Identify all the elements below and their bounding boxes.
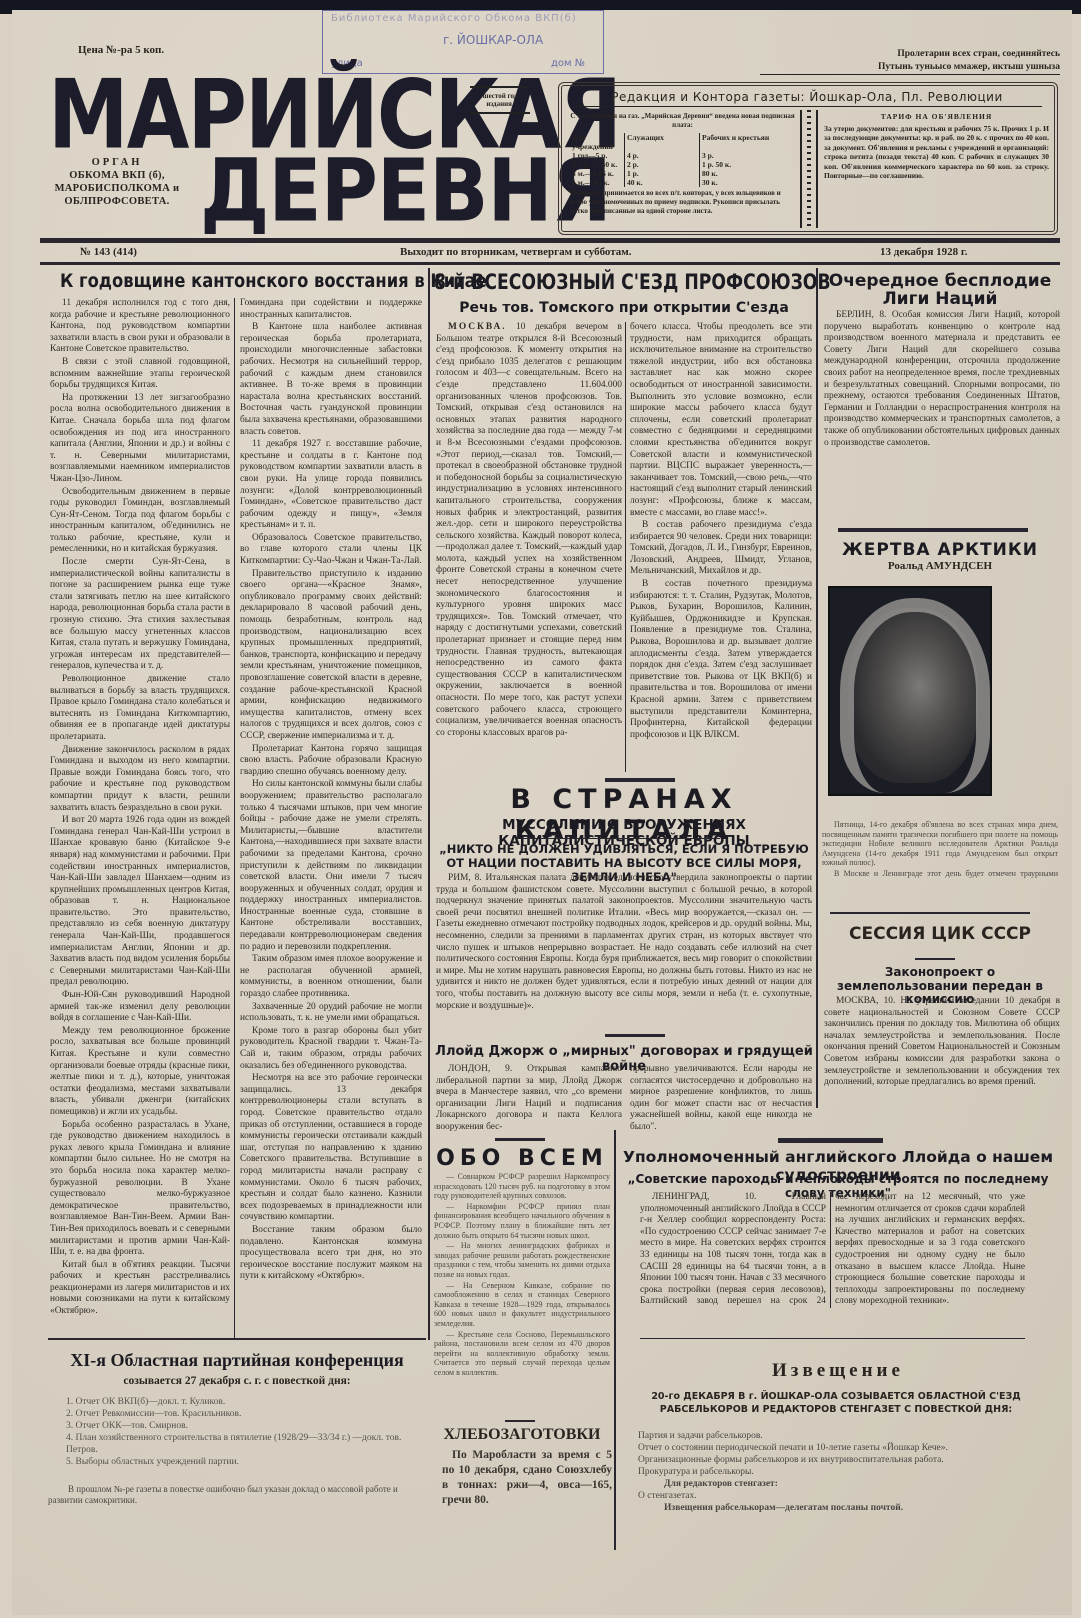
section-rule	[830, 912, 1030, 914]
publisher-organ: ОРГАН ОБКОМА ВКП (б), МАРОБИСПОЛКОМА и О…	[52, 156, 182, 208]
article-shipbuilding-col2: час переходит на 12 месячный, что уже не…	[835, 1192, 1025, 1308]
paragraph: 11 декабря исполнился год с того дня, ко…	[50, 298, 230, 356]
agenda-item: О стенгазетах.	[638, 1490, 1038, 1502]
paragraph: ЛОНДОН, 9. Открывая кампанию либеральной…	[436, 1064, 622, 1134]
slogan-russian: Пролетарии всех стран, соединяйтесь	[760, 48, 1060, 61]
subscription-table: Для учреждений Служащих Рабочих и кресть…	[570, 133, 795, 187]
editorial-address: Редакция и Контора газеты: Йошкар-Ола, П…	[572, 90, 1042, 107]
paragraph: После смерти Сун-Ят-Сена, в империалисти…	[50, 557, 230, 673]
article-cik-body: МОСКВА, 10. На утреннем заседании 10 дек…	[824, 996, 1060, 1106]
article-lloyd-george-col1: ЛОНДОН, 9. Открывая кампанию либеральной…	[436, 1064, 622, 1134]
section-rule	[605, 778, 675, 782]
paragraph: Кроме того в разгар обороны был убит рук…	[240, 1026, 422, 1072]
publication-schedule: Выходит по вторникам, четвергам и суббот…	[400, 246, 632, 258]
stamp-library-name: Библиотека Марийского Обкома ВКП(б)	[331, 13, 577, 24]
organ-line: МАРОБИСПОЛКОМА и	[52, 182, 182, 195]
agenda-item: Организационные формы рабселькоров и их …	[638, 1454, 1038, 1466]
article-canton-col1: 11 декабря исполнился год с того дня, ко…	[50, 298, 230, 1338]
news-brief: — На Северном Кавказе, собрание по самоо…	[434, 1281, 610, 1329]
headline-canton: К годовщине кантонского восстания в Кита…	[60, 270, 487, 292]
subscription-note: Подписка принимается во всех п/т. контор…	[570, 189, 795, 216]
news-brief: — На многих ленинградских фабриках и зав…	[434, 1241, 610, 1279]
tariff-title: ТАРИФ НА ОБ'ЯВЛЕНИЯ	[824, 112, 1049, 122]
paragraph: Революционное движение стало выливаться …	[50, 674, 230, 744]
news-brief: — Наркомфин РСФСР принял план финансиров…	[434, 1202, 610, 1240]
paragraph: И вот 20 марта 1926 года один из вождей …	[50, 815, 230, 989]
paragraph: Таким образом имея плохое вооружение и н…	[240, 954, 422, 1000]
agenda-item: Партия и задачи рабселькоров.	[638, 1430, 1038, 1442]
section-rule	[505, 1420, 535, 1422]
notice-lead: 20-го ДЕКАБРЯ В г. ЙОШКАР-ОЛА СОЗЫВАЕТСЯ…	[636, 1390, 1036, 1416]
paragraph: Но силы кантонской коммуны были слабы во…	[240, 779, 422, 953]
article-shipbuilding-col1: ЛЕНИНГРАД, 10. Главный уполномоченный ан…	[640, 1192, 826, 1308]
paragraph: МОСКВА, 10. На утреннем заседании 10 дек…	[824, 996, 1060, 1089]
news-brief: — Крестьяне села Сосново, Перемышльского…	[434, 1330, 610, 1378]
notice-agenda: Партия и задачи рабселькоров. Отчет о со…	[638, 1430, 1038, 1514]
paragraph: ЛЕНИНГРАД, 10. Главный уполномоченный ан…	[640, 1192, 826, 1308]
paragraph: Несмотря на все это рабочие героически з…	[240, 1073, 422, 1224]
headline-conference: XI-я Областная партийная конференция	[48, 1350, 426, 1371]
paragraph: Восстание таким образом было подавлено. …	[240, 1225, 422, 1283]
paragraph: Фын-Юй-Сян руководивший Народной армией …	[50, 990, 230, 1025]
caption-paragraph: Пятница, 14-го декабря об'явлена во всех…	[822, 820, 1058, 868]
notice-footer: Извещения рабселькорам—делегатам посланы…	[638, 1502, 1038, 1514]
paragraph: Между тем революционное брожение росло, …	[50, 1026, 230, 1119]
table-cell: 4 р.	[625, 151, 700, 160]
arctic-caption: Пятница, 14-го декабря об'явлена во всех…	[822, 820, 1058, 880]
congress-subheadline: Речь тов. Томского при открытии С'езда	[434, 300, 814, 316]
paragraph: На протяжении 13 лет зигзагообразно росл…	[50, 393, 230, 486]
section-rule	[778, 1138, 883, 1143]
agenda-item: 1. Отчет ОК ВКП(б)—докл. т. Куликов.	[66, 1396, 428, 1408]
section-rule	[915, 958, 955, 960]
agenda-item: 3. Отчет ОКК—тов. Смирнов.	[66, 1420, 428, 1432]
paragraph: Освободительным движением в первые годы …	[50, 487, 230, 557]
table-header: Служащих	[625, 133, 700, 151]
paragraph: МОСКВА. 10 декабря вечером в Большом теа…	[436, 322, 622, 739]
article-league-body: БЕРЛИН, 8. Особая комиссия Лиги Наций, к…	[824, 310, 1060, 536]
paragraph: РИМ, 8. Итальянская палата депутатов еди…	[436, 873, 812, 1012]
paragraph: Пролетариат Кантона горячо защищая свою …	[240, 744, 422, 779]
subscription-intro: С 1-го октября на газ. „Марийская Деревн…	[570, 112, 795, 130]
headline-obo-vsem: ОБО ВСЕМ	[430, 1146, 614, 1171]
column-rule	[816, 268, 818, 1108]
dateline: МОСКВА.	[448, 322, 507, 332]
slogan-mari: Путынь туньысо ммажер, иктыш ушныза	[760, 61, 1060, 75]
issue-bar-rule	[40, 262, 1060, 265]
conference-correction-note: В прошлом №-ре газеты в повестке ошибочн…	[48, 1484, 428, 1506]
column-rule	[234, 298, 235, 1338]
issue-bar: № 143 (414) Выходит по вторникам, четвер…	[40, 243, 1060, 263]
newspaper-title-line2: ДЕРЕВНЯ	[200, 150, 611, 234]
table-cell: 1 м.— 45 к.	[570, 178, 625, 187]
headline-grain: ХЛЕБОЗАГОТОВКИ	[430, 1426, 614, 1444]
paragraph: 11 декабря 1927 г. восставшие рабочие, к…	[240, 439, 422, 532]
caption-paragraph: В Москве и Ленинграде этот день будет от…	[822, 869, 1058, 880]
news-brief: — Совнарком РСФСР разрешил Наркомпросу и…	[434, 1172, 610, 1201]
paragraph-text: 10 декабря вечером в Большом театре откр…	[436, 322, 622, 738]
table-cell: 2 р.	[625, 160, 700, 169]
paragraph: час переходит на 12 месячный, что уже не…	[835, 1192, 1025, 1308]
column-rule	[614, 1130, 616, 1550]
issue-price: Цена №-ра 5 коп.	[78, 44, 164, 56]
agenda-item: 5. Выборы областных учреждений партии.	[66, 1456, 428, 1468]
article-congress-col1: МОСКВА. 10 декабря вечером в Большом теа…	[436, 322, 622, 772]
paragraph: Китай был в об'ятиях реакции. Тысячи раб…	[50, 1260, 230, 1318]
issue-date: 13 декабря 1928 г.	[880, 246, 967, 258]
arctic-subheadline: Роальд АМУНДСЕН	[820, 560, 1060, 572]
organ-line: ОРГАН	[52, 156, 182, 169]
table-cell: 1 р.	[625, 169, 700, 178]
article-canton-col2: Гоминдана при содействии и поддержке ино…	[240, 298, 422, 1338]
ornamental-divider	[800, 110, 818, 228]
table-cell: 1 год—5 р.	[570, 151, 625, 160]
table-cell: 3 м.—1-25 к.	[570, 169, 625, 178]
section-rule	[495, 1138, 545, 1141]
table-cell: 80 к.	[700, 169, 795, 178]
paragraph: Гоминдана при содействии и поддержке ино…	[240, 298, 422, 321]
section-rule	[520, 838, 720, 839]
table-cell: 1/2 г.—2-50 к.	[570, 160, 625, 169]
column-rule	[625, 322, 626, 772]
agenda-item: Прокуратура и рабселькоры.	[638, 1466, 1038, 1478]
amundsen-portrait-photo	[828, 586, 992, 796]
paragraph: Образовалось Советское правительство, во…	[240, 533, 422, 568]
paragraph: Захваченные 20 орудий рабочие не могли и…	[240, 1002, 422, 1025]
table-header: Для учреждений	[570, 133, 625, 151]
editorial-info-box: Редакция и Контора газеты: Йошкар-Ола, П…	[558, 82, 1058, 235]
article-lloyd-george-col2: прерывно увеличиваются. Если народы не с…	[630, 1064, 812, 1134]
organ-line: ОБКОМА ВКП (б),	[52, 169, 182, 182]
table-header: Рабочих и крестьян	[700, 133, 795, 151]
section-rule	[605, 1034, 665, 1037]
portrait-hood	[840, 598, 990, 793]
organ-line: ОБЛПРОФСОВЕТА.	[52, 195, 182, 208]
table-cell: 3 р.	[700, 151, 795, 160]
table-cell: 40 к.	[625, 178, 700, 187]
paragraph: бочего класса. Чтобы преодолеть все эти …	[630, 322, 812, 519]
news-briefs: — Совнарком РСФСР разрешил Наркомпросу и…	[434, 1172, 610, 1378]
conference-agenda: 1. Отчет ОК ВКП(б)—докл. т. Куликов. 2. …	[50, 1396, 428, 1468]
agenda-item: 2. Отчет Ревкомиссии—тов. Красильников.	[66, 1408, 428, 1420]
section-rule	[838, 528, 1028, 532]
paragraph: В состав рабочего президиума с'езда изби…	[630, 520, 812, 578]
table-cell: 1 р. 50 к.	[700, 160, 795, 169]
section-rule	[640, 1338, 1025, 1339]
subscription-info: С 1-го октября на газ. „Марийская Деревн…	[570, 112, 795, 216]
tariff-text: За утерю документов: для крестьян и рабо…	[824, 124, 1049, 181]
paragraph: Правительство приступило к изданию своег…	[240, 569, 422, 743]
stamp-city: г. ЙОШКАР-ОЛА	[443, 33, 543, 47]
conference-subheadline: созывается 27 декабря с. г. с повесткой …	[48, 1375, 426, 1387]
headline-notice: Извещение	[618, 1360, 1058, 1382]
article-capital-body: РИМ, 8. Итальянская палата депутатов еди…	[436, 873, 812, 1023]
publication-year: шестой год издания.	[470, 86, 530, 114]
issue-number: № 143 (414)	[80, 246, 137, 258]
paragraph: В состав почетного президиума избираются…	[630, 579, 812, 741]
paragraph: БЕРЛИН, 8. Особая комиссия Лиги Наций, к…	[824, 310, 1060, 449]
article-congress-col2: бочего класса. Чтобы преодолеть все эти …	[630, 322, 812, 772]
column-rule	[830, 1192, 831, 1308]
headline-arctic: ЖЕРТВА АРКТИКИ	[820, 540, 1060, 560]
paragraph: В связи с этой славной годовщиной, вспом…	[50, 357, 230, 392]
editors-label: Для редакторов стенгазет:	[638, 1478, 1038, 1490]
agenda-item: 4. План хозяйственного строительства в п…	[66, 1432, 428, 1456]
agenda-item: Отчет о состоянии периодической печати и…	[638, 1442, 1038, 1454]
paragraph: прерывно увеличиваются. Если народы не с…	[630, 1064, 812, 1134]
grain-report: По Маробласти за время с 5 по 10 декабря…	[442, 1448, 612, 1508]
table-cell: 30 к.	[700, 178, 795, 187]
paragraph: В Кантоне шла наиболее активная героичес…	[240, 322, 422, 438]
headline-congress: 8-й ВСЕСОЮЗНЫЙ С'ЕЗД ПРОФСОЮЗОВ	[434, 270, 831, 294]
paragraph: Движение закончилось расколом в рядах Го…	[50, 745, 230, 815]
ad-tariff: ТАРИФ НА ОБ'ЯВЛЕНИЯ За утерю документов:…	[824, 112, 1049, 181]
paragraph: Борьба особенно разрасталась в Ухане, гд…	[50, 1120, 230, 1259]
section-rule	[48, 1338, 426, 1340]
headline-league: Очередное бесплодие Лиги Наций	[820, 272, 1060, 308]
slogans: Пролетарии всех стран, соединяйтесь Путы…	[760, 48, 1060, 75]
column-rule	[428, 268, 430, 1340]
headline-cik: СЕССИЯ ЦИК СССР	[820, 924, 1060, 944]
